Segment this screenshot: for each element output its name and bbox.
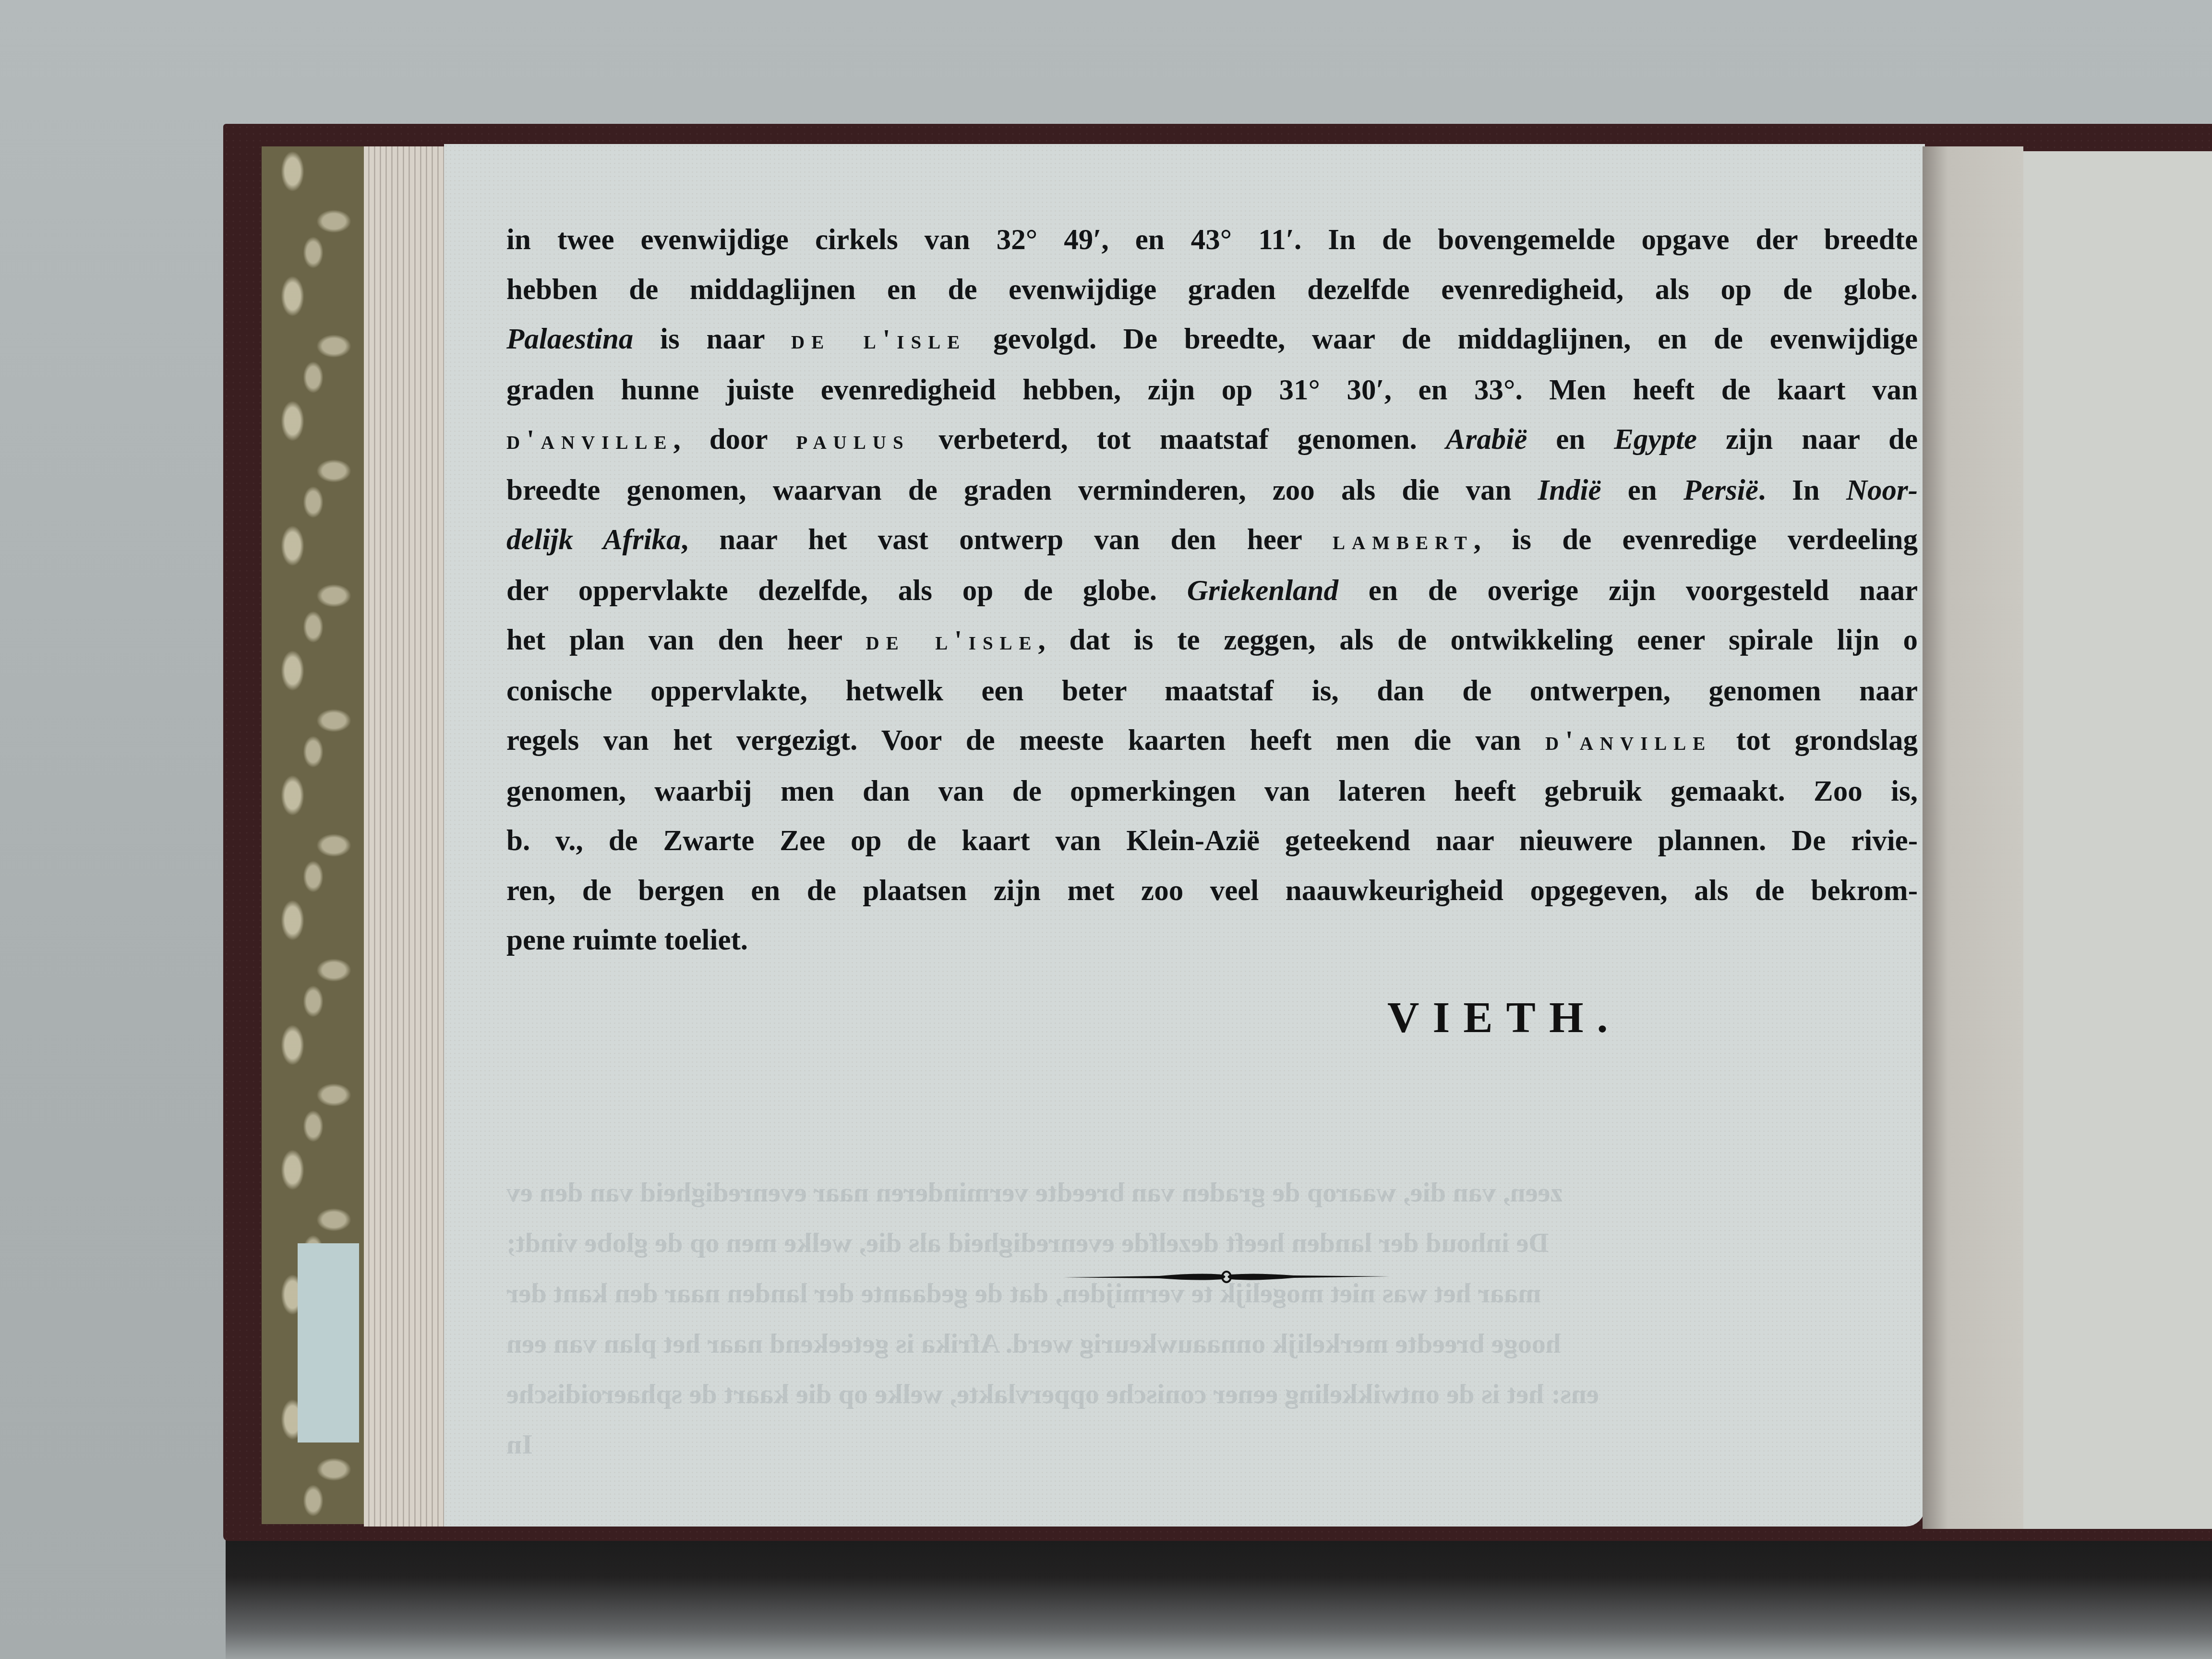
italic-place-name: Persië — [1683, 474, 1758, 506]
small-caps-name: d'anville — [506, 425, 673, 455]
text-line: b. v., de Zwarte Zee op de kaart van Kle… — [506, 816, 1918, 866]
text-run: , is de evenredige verdeeling — [1474, 524, 1918, 556]
text-line: in twee evenwijdige cirkels van 32° 49′,… — [506, 215, 1918, 265]
bleed-through-line: ens: het is de ontwikkeling eener conisc… — [506, 1378, 1599, 1410]
text-run: en — [1601, 474, 1683, 506]
text-run: pene ruimte toeliet. — [506, 924, 748, 956]
tailpiece-ornament-icon — [1063, 1270, 1390, 1284]
text-run: , naar het vast ontwerp van den heer — [681, 524, 1333, 556]
page-edges-stack — [364, 146, 445, 1527]
text-line: pene ruimte toeliet. — [506, 915, 1918, 965]
italic-place-name: delijk Afrika — [506, 524, 681, 556]
text-run: graden hunne juiste evenredigheid hebben… — [506, 374, 1918, 406]
text-run: conische oppervlakte, hetwelk een beter … — [506, 675, 1918, 707]
bleed-through-line: In — [506, 1428, 533, 1460]
text-line: conische oppervlakte, hetwelk een beter … — [506, 666, 1918, 716]
text-line: regels van het vergezigt. Voor de meeste… — [506, 716, 1918, 767]
text-run: en de overige zijn voorgesteld naar — [1338, 575, 1918, 607]
italic-place-name: Palaestina — [506, 323, 633, 355]
bleed-through-line: zeen, van die, waarop de graden van bree… — [506, 1176, 1563, 1208]
body-text: in twee evenwijdige cirkels van 32° 49′,… — [506, 215, 1925, 965]
text-line: Palaestina is naar de l'isle gevolgd. De… — [506, 314, 1918, 365]
text-line: graden hunne juiste evenredigheid hebben… — [506, 365, 1918, 415]
small-caps-name: de l'isle — [866, 626, 1038, 656]
small-caps-name: de l'isle — [791, 325, 966, 355]
bleed-through-line: De inhoud der landen heeft dezelfde even… — [506, 1226, 1549, 1259]
text-run: . In — [1758, 474, 1846, 506]
author-signature: VIETH. — [1387, 992, 1622, 1043]
italic-place-name: Arabië — [1446, 423, 1527, 456]
text-run: breedte genomen, waarvan de graden vermi… — [506, 474, 1538, 506]
text-run: het plan van den heer — [506, 624, 866, 656]
text-run: regels van het vergezigt. Voor de meeste… — [506, 724, 1545, 757]
text-line: breedte genomen, waarvan de graden vermi… — [506, 466, 1918, 516]
italic-place-name: Griekenland — [1187, 575, 1338, 607]
italic-place-name: Indië — [1538, 474, 1601, 506]
text-run: en — [1527, 423, 1614, 456]
text-run: zijn naar de — [1697, 423, 1918, 456]
book-shadow — [226, 1522, 2212, 1659]
text-run: ren, de bergen en de plaatsen zijn met z… — [506, 875, 1918, 907]
text-run: , dat is te zeggen, als de ontwikkeling … — [1038, 624, 1918, 656]
bleed-through-line: hooge breedte merkelijk onnaauwkeurig we… — [506, 1327, 1561, 1359]
text-run: tot grondslag — [1712, 724, 1918, 757]
italic-place-name: Egypte — [1614, 423, 1697, 456]
text-line: genomen, waarbij men dan van de opmerkin… — [506, 767, 1918, 817]
text-run: genomen, waarbij men dan van de opmerkin… — [506, 775, 1918, 807]
text-run: gevolgd. De breedte, waar de middaglijne… — [966, 323, 1918, 355]
library-label — [298, 1243, 359, 1443]
text-line: ren, de bergen en de plaatsen zijn met z… — [506, 866, 1918, 916]
text-run: hebben de middaglijnen en de evenwijdige… — [506, 274, 1918, 306]
text-run: , door — [673, 423, 796, 456]
book-gutter — [1923, 146, 2023, 1529]
small-caps-name: d'anville — [1545, 726, 1712, 756]
text-run: is naar — [633, 323, 791, 355]
italic-place-name: Noor- — [1846, 474, 1918, 506]
text-line: der oppervlakte dezelfde, als op de glob… — [506, 566, 1918, 616]
text-run: b. v., de Zwarte Zee op de kaart van Kle… — [506, 825, 1918, 857]
text-line: hebben de middaglijnen en de evenwijdige… — [506, 265, 1918, 315]
text-run: verbeterd, tot maatstaf genomen. — [910, 423, 1446, 456]
text-line: d'anville, door paulus verbeterd, tot ma… — [506, 415, 1918, 466]
text-line: delijk Afrika, naar het vast ontwerp van… — [506, 515, 1918, 566]
small-caps-name: paulus — [796, 425, 910, 455]
text-run: in twee evenwijdige cirkels van 32° 49′,… — [506, 224, 1918, 256]
text-run: der oppervlakte dezelfde, als op de glob… — [506, 575, 1187, 607]
text-line: het plan van den heer de l'isle, dat is … — [506, 615, 1918, 666]
right-page — [2023, 151, 2212, 1529]
small-caps-name: lambert — [1333, 526, 1474, 555]
